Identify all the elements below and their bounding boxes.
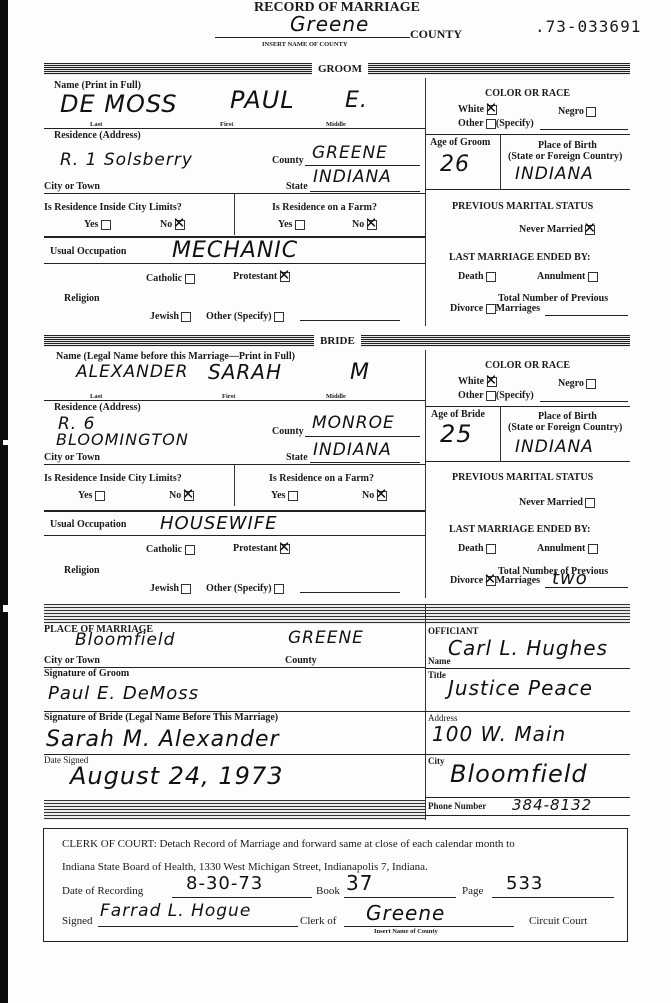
bride-last-name: ALEXANDER [76, 362, 188, 382]
marriage-county: GREENE [288, 628, 364, 648]
clerk-of-label: Clerk of [300, 915, 336, 927]
bride-race-negro[interactable]: Negro [558, 378, 596, 389]
checkbox-checked[interactable] [585, 225, 595, 235]
underline [344, 926, 514, 927]
bride-city-label: City or Town [44, 452, 100, 463]
annulment-label: Annulment [537, 271, 585, 282]
divider [44, 400, 425, 401]
checkbox-checked[interactable] [486, 576, 496, 586]
no-label: No [362, 490, 374, 501]
marriage-city-label: City or Town [44, 655, 100, 666]
groom-farm-no[interactable]: No [352, 219, 377, 230]
white-label: White [458, 376, 484, 387]
underline [300, 320, 400, 321]
marriages-label: Marriages [496, 575, 540, 586]
other-label: Other (Specify) [206, 311, 272, 322]
negro-label: Negro [558, 106, 584, 117]
bride-birthplace-sub: (State or Foreign Country) [508, 422, 622, 433]
groom-birthplace: INDIANA [515, 164, 594, 184]
white-label: White [458, 104, 484, 115]
underline [172, 897, 312, 898]
divider [425, 711, 630, 712]
bride-farm-label: Is Residence on a Farm? [269, 473, 374, 484]
underline [540, 401, 628, 402]
groom-never-married[interactable]: Never Married [519, 224, 595, 235]
divider [425, 189, 630, 190]
groom-first-name: PAUL [230, 86, 295, 114]
other-label: Other [458, 390, 483, 401]
protestant-label: Protestant [233, 271, 277, 282]
bride-birthplace-label: Place of Birth [538, 411, 597, 422]
book-label: Book [316, 885, 340, 897]
groom-city-limits-yes[interactable]: Yes [84, 219, 111, 230]
bride-state-label: State [286, 452, 308, 463]
checkbox-checked[interactable] [367, 220, 377, 230]
bride-age: 25 [440, 420, 473, 448]
specify-label: (Specify) [496, 390, 534, 401]
bride-race-title: COLOR OR RACE [485, 360, 570, 371]
checkbox[interactable] [486, 272, 496, 282]
officiant-title-value: Justice Peace [448, 676, 593, 700]
checkbox-checked[interactable] [377, 491, 387, 501]
bride-county-label: County [272, 426, 304, 437]
groom-race-other[interactable]: Other (Specify) [458, 118, 534, 129]
divider [44, 535, 425, 536]
checkbox[interactable] [185, 274, 195, 284]
specify-label: (Specify) [496, 118, 534, 129]
groom-state-label: State [286, 181, 308, 192]
bride-ended-title: LAST MARRIAGE ENDED BY: [449, 524, 590, 535]
divider [44, 754, 425, 755]
groom-race-title: COLOR OR RACE [485, 88, 570, 99]
groom-age-label: Age of Groom [430, 137, 490, 148]
checkbox[interactable] [274, 312, 284, 322]
divider [425, 668, 630, 669]
groom-last-name: DE MOSS [60, 90, 177, 118]
underline [492, 897, 614, 898]
catholic-label: Catholic [146, 273, 182, 284]
checkbox-checked[interactable] [280, 272, 290, 282]
divorce-label: Divorce [450, 575, 483, 586]
groom-age: 26 [440, 152, 470, 177]
groom-occupation-label: Usual Occupation [50, 246, 126, 257]
groom-occupation: MECHANIC [172, 238, 298, 263]
bride-state: INDIANA [313, 440, 392, 460]
groom-religion-label: Religion [64, 293, 100, 304]
ceremony-bottom-bar [44, 800, 425, 820]
protestant-label: Protestant [233, 543, 277, 554]
bride-column-divider [425, 350, 426, 598]
groom-farm-label: Is Residence on a Farm? [272, 202, 377, 213]
catholic-label: Catholic [146, 544, 182, 555]
divider [425, 406, 630, 407]
groom-county: GREENE [312, 143, 388, 163]
bride-first-label: First [222, 393, 235, 400]
bride-first-name: SARAH [208, 360, 282, 384]
jewish-label: Jewish [150, 311, 179, 322]
bride-city-limits-label: Is Residence Inside City Limits? [44, 473, 182, 484]
divider [44, 263, 425, 264]
bride-signature-label: Signature of Bride (Legal Name Before Th… [44, 712, 278, 723]
divider [425, 754, 630, 755]
bride-occupation-label: Usual Occupation [50, 519, 126, 530]
groom-first-label: First [220, 121, 233, 128]
groom-last-label: Last [90, 121, 102, 128]
checkbox[interactable] [181, 584, 191, 594]
header-county-hint: INSERT NAME OF COUNTY [262, 41, 348, 48]
yes-label: Yes [271, 490, 285, 501]
divider [425, 461, 630, 462]
underline [540, 129, 628, 130]
scan-edge-left [0, 445, 8, 605]
groom-race-white[interactable]: White [458, 104, 497, 115]
checkbox[interactable] [181, 312, 191, 322]
bride-birthplace: INDIANA [515, 437, 594, 457]
ceremony-section-bar [44, 604, 630, 624]
groom-signature-label: Signature of Groom [44, 668, 129, 679]
underline [545, 315, 628, 316]
bride-middle-name: M [350, 360, 370, 385]
clerk-instruction-1: CLERK OF COURT: Detach Record of Marriag… [62, 838, 515, 850]
checkbox[interactable] [588, 272, 598, 282]
underline [300, 592, 400, 593]
checkbox-checked[interactable] [487, 105, 497, 115]
groom-religion-catholic[interactable]: Catholic [146, 273, 195, 284]
death-label: Death [458, 271, 484, 282]
bride-religion-catholic[interactable]: Catholic [146, 544, 195, 555]
groom-marital-title: PREVIOUS MARITAL STATUS [452, 201, 593, 212]
officiant-address: 100 W. Main [432, 722, 566, 746]
negro-label: Negro [558, 378, 584, 389]
yes-label: Yes [78, 490, 92, 501]
underline [305, 436, 420, 437]
yes-label: Yes [84, 219, 98, 230]
bride-farm-yes[interactable]: Yes [271, 490, 298, 501]
officiant-city-label: City [428, 756, 445, 766]
yes-label: Yes [278, 219, 292, 230]
bride-occupation: HOUSEWIFE [160, 513, 278, 534]
officiant-title: OFFICIANT [428, 626, 479, 636]
groom-signature[interactable]: Paul E. DeMoss [48, 683, 199, 704]
groom-religion-other[interactable]: Other (Specify) [206, 311, 284, 322]
bride-never-married[interactable]: Never Married [519, 497, 595, 508]
bride-signature[interactable]: Sarah M. Alexander [46, 727, 280, 752]
other-label: Other (Specify) [206, 583, 272, 594]
bride-county: MONROE [312, 413, 395, 433]
checkbox[interactable] [586, 379, 596, 389]
bride-section-title: BRIDE [314, 335, 361, 347]
county-underline [215, 37, 410, 38]
divider [234, 464, 235, 506]
clerk-signature[interactable]: Farrad L. Hogue [100, 901, 251, 921]
no-label: No [169, 490, 181, 501]
checkbox[interactable] [585, 498, 595, 508]
divider [425, 134, 630, 135]
checkbox[interactable] [486, 304, 496, 314]
officiant-city: Bloomfield [450, 760, 588, 788]
bride-race-other[interactable]: Other (Specify) [458, 390, 534, 401]
checkbox[interactable] [586, 107, 596, 117]
groom-ended-death[interactable]: Death [458, 271, 496, 282]
never-married-label: Never Married [519, 224, 583, 235]
signed-label: Signed [62, 915, 93, 927]
divider [425, 815, 630, 816]
checkbox[interactable] [486, 119, 496, 129]
checkbox-checked[interactable] [280, 544, 290, 554]
bride-religion-jewish[interactable]: Jewish [150, 583, 191, 594]
groom-state: INDIANA [313, 167, 392, 187]
bride-city-limits-yes[interactable]: Yes [78, 490, 105, 501]
checkbox[interactable] [295, 220, 305, 230]
checkbox[interactable] [588, 544, 598, 554]
marriages-label: Marriages [496, 303, 540, 314]
annulment-label: Annulment [537, 543, 585, 554]
groom-ended-divorce[interactable]: Divorce Marriages [450, 303, 540, 314]
divider [44, 128, 425, 129]
circuit-court-label: Circuit Court [529, 915, 587, 927]
header-county-value: Greene [290, 12, 369, 36]
no-label: No [352, 219, 364, 230]
bride-religion-protestant[interactable]: Protestant [233, 543, 290, 554]
checkbox[interactable] [486, 544, 496, 554]
jewish-label: Jewish [150, 583, 179, 594]
groom-birthplace-label: Place of Birth [538, 140, 597, 151]
bride-middle-label: Middle [326, 393, 346, 400]
scan-edge-left [0, 0, 8, 440]
bride-ended-death[interactable]: Death [458, 543, 496, 554]
divider [500, 406, 501, 461]
checkbox-checked[interactable] [184, 491, 194, 501]
groom-city-label: City or Town [44, 181, 100, 192]
date-signed: August 24, 1973 [70, 762, 284, 790]
recording-date: 8-30-73 [186, 873, 263, 894]
bride-ended-annulment[interactable]: Annulment [537, 543, 598, 554]
bride-prev-total: two [552, 568, 588, 589]
checkbox[interactable] [101, 220, 111, 230]
groom-city-limits-no[interactable]: No [160, 219, 185, 230]
recording-date-label: Date of Recording [62, 885, 143, 897]
groom-section-title: GROOM [312, 63, 368, 75]
underline [545, 587, 628, 588]
checkbox[interactable] [274, 584, 284, 594]
checkbox[interactable] [288, 491, 298, 501]
checkbox-checked[interactable] [487, 377, 497, 387]
officiant-title-label: Title [428, 670, 446, 680]
bride-race-white[interactable]: White [458, 376, 497, 387]
clerk-county-hint: Insert Name of County [374, 928, 438, 935]
groom-ended-annulment[interactable]: Annulment [537, 271, 598, 282]
groom-race-negro[interactable]: Negro [558, 106, 596, 117]
clerk-of-county: Greene [366, 901, 445, 925]
underline [310, 462, 420, 463]
death-label: Death [458, 543, 484, 554]
bride-ended-divorce[interactable]: Divorce Marriages [450, 575, 540, 586]
divider [44, 510, 425, 512]
checkbox-checked[interactable] [175, 220, 185, 230]
clerk-of-court-box: CLERK OF COURT: Detach Record of Marriag… [43, 828, 628, 942]
groom-column-divider [425, 78, 426, 326]
record-number: .73-033691 [535, 17, 641, 36]
page-number: 533 [506, 873, 543, 894]
checkbox[interactable] [486, 391, 496, 401]
bride-farm-no[interactable]: No [362, 490, 387, 501]
groom-religion-jewish[interactable]: Jewish [150, 311, 191, 322]
bride-religion-other[interactable]: Other (Specify) [206, 583, 284, 594]
no-label: No [160, 219, 172, 230]
header-county-label: COUNTY [410, 27, 462, 42]
bride-residence-line2: BLOOMINGTON [56, 430, 189, 449]
divorce-label: Divorce [450, 303, 483, 314]
other-label: Other [458, 118, 483, 129]
checkbox[interactable] [95, 491, 105, 501]
bride-last-label: Last [90, 393, 102, 400]
checkbox[interactable] [185, 545, 195, 555]
bride-religion-label: Religion [64, 565, 100, 576]
ceremony-column-divider [425, 604, 426, 820]
never-married-label: Never Married [519, 497, 583, 508]
underline [344, 897, 456, 898]
marriage-county-label: County [285, 655, 317, 666]
bride-city-limits-no[interactable]: No [169, 490, 194, 501]
divider [234, 193, 235, 235]
groom-birthplace-sub: (State or Foreign Country) [508, 151, 622, 162]
groom-religion-protestant[interactable]: Protestant [233, 271, 290, 282]
groom-farm-yes[interactable]: Yes [278, 219, 305, 230]
officiant-phone: 384-8132 [512, 796, 592, 814]
groom-county-label: County [272, 155, 304, 166]
groom-middle-label: Middle [326, 121, 346, 128]
scan-edge-left [0, 612, 8, 1003]
bride-marital-title: PREVIOUS MARITAL STATUS [452, 472, 593, 483]
book-number: 37 [346, 871, 373, 895]
underline [305, 165, 420, 166]
bride-age-label: Age of Bride [431, 409, 485, 420]
groom-city-limits-label: Is Residence Inside City Limits? [44, 202, 182, 213]
officiant-name[interactable]: Carl L. Hughes [448, 636, 608, 660]
groom-ended-title: LAST MARRIAGE ENDED BY: [449, 252, 590, 263]
page-label: Page [462, 885, 483, 897]
underline [98, 926, 298, 927]
bride-residence-label: Residence (Address) [54, 402, 141, 413]
marriage-city: Bloomfield [75, 630, 175, 650]
groom-residence-label: Residence (Address) [54, 130, 141, 141]
divider [500, 134, 501, 189]
groom-middle-name: E. [345, 88, 368, 113]
officiant-phone-label: Phone Number [428, 801, 486, 811]
underline [310, 191, 420, 192]
groom-residence: R. 1 Solsberry [60, 150, 193, 170]
